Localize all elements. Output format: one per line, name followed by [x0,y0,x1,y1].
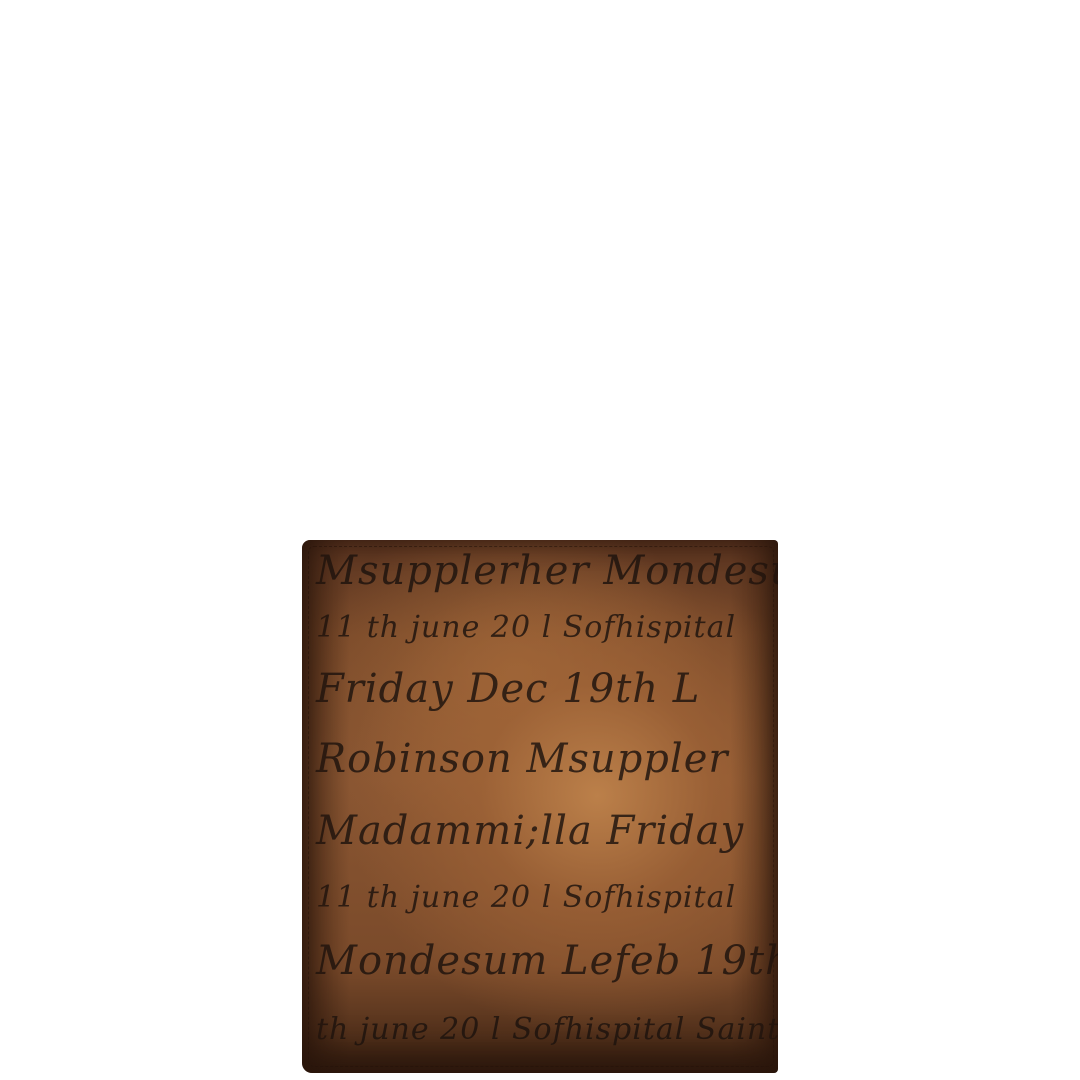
engraved-script-line: Friday Dec 19th L [316,666,700,712]
engraved-script-line: Mondesum Lefeb 19th [316,938,778,984]
engraved-script-line: Robinson Msuppler [316,736,729,782]
engraved-script-line: th june 20 l Sofhispital Saint [316,1012,778,1047]
engraved-script-line: Msupplerher Mondesum [316,548,778,594]
leather-wallet: Msupplerher Mondesum 11 th june 20 l Sof… [302,540,778,1073]
engraved-script-line: 11 th june 20 l Sofhispital [316,610,736,645]
engraved-script-line: Madammi;lla Friday [316,808,744,854]
engraved-script-line: 11 th june 20 l Sofhispital [316,880,736,915]
